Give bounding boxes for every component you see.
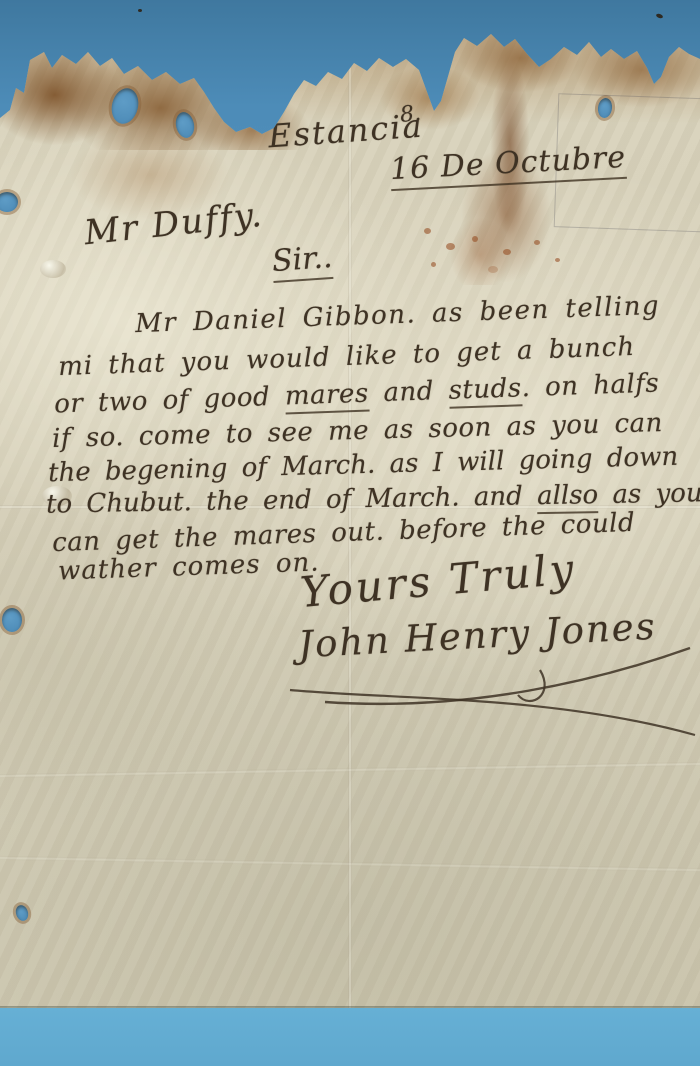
torn-hole — [2, 608, 22, 632]
body-text: as you — [598, 478, 700, 510]
rust-spot — [446, 243, 455, 250]
rust-spot — [472, 236, 478, 242]
letter-paper: Estancia 8. 16 De Octubre Mr Duffy. Sir.… — [0, 0, 700, 1066]
debris-speck — [138, 9, 142, 12]
body-text: Mr Daniel Gibbon. as been telling — [135, 291, 661, 339]
rust-spot — [488, 266, 498, 273]
letter-salutation: Sir.. — [271, 240, 334, 279]
photograph-of-letter: Estancia 8. 16 De Octubre Mr Duffy. Sir.… — [0, 0, 700, 1066]
rust-spot — [424, 228, 431, 234]
paper-edge-shadow — [0, 1006, 700, 1012]
body-text: or two of good — [54, 382, 286, 420]
letter-number: 8. — [399, 101, 422, 128]
body-line: Mr Daniel Gibbon. as been telling — [135, 291, 661, 339]
body-text: . on halfs — [521, 368, 660, 403]
torn-hole — [0, 192, 18, 212]
body-text-underlined: studs — [448, 373, 522, 409]
debris-speck — [656, 13, 664, 19]
rust-spot — [503, 249, 511, 255]
rust-spot — [534, 240, 540, 245]
rust-spot — [555, 258, 560, 262]
letter-closing: Yours Truly — [298, 544, 578, 617]
rust-spot — [431, 262, 436, 267]
body-text-underlined: mares — [284, 379, 369, 415]
paper-dent — [40, 260, 66, 278]
letter-recipient: Mr Duffy. — [82, 195, 265, 254]
body-text: and — [368, 376, 449, 409]
torn-hole — [14, 904, 30, 923]
letter-salutation-text: Sir.. — [271, 240, 334, 283]
